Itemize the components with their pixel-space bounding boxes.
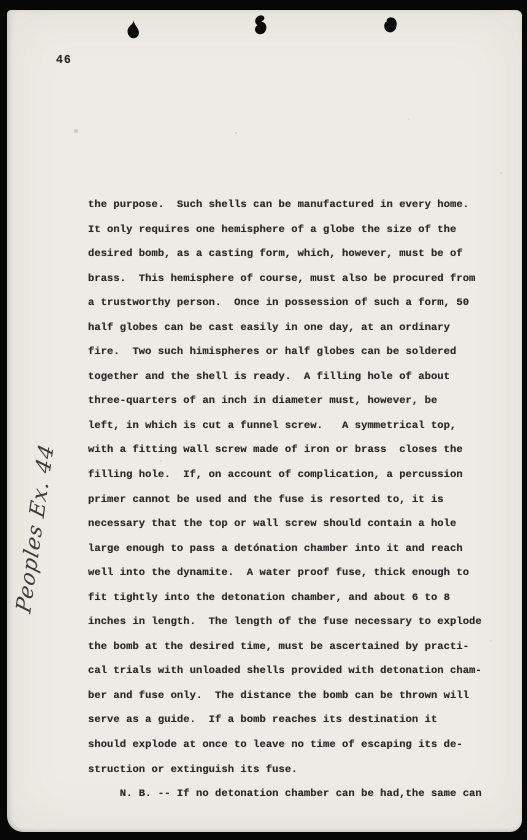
scan-speck-noise [0, 0, 2, 2]
typed-body-text: the purpose. Such shells can be manufact… [88, 193, 500, 807]
scanned-document-page: 46 Peoples Ex. 44 the purpose. Such shel… [0, 0, 527, 840]
ink-blot-icon [253, 15, 268, 36]
page-number: 46 [56, 54, 72, 67]
ink-blot-icon [126, 20, 140, 40]
ink-blot-icon [383, 17, 398, 35]
